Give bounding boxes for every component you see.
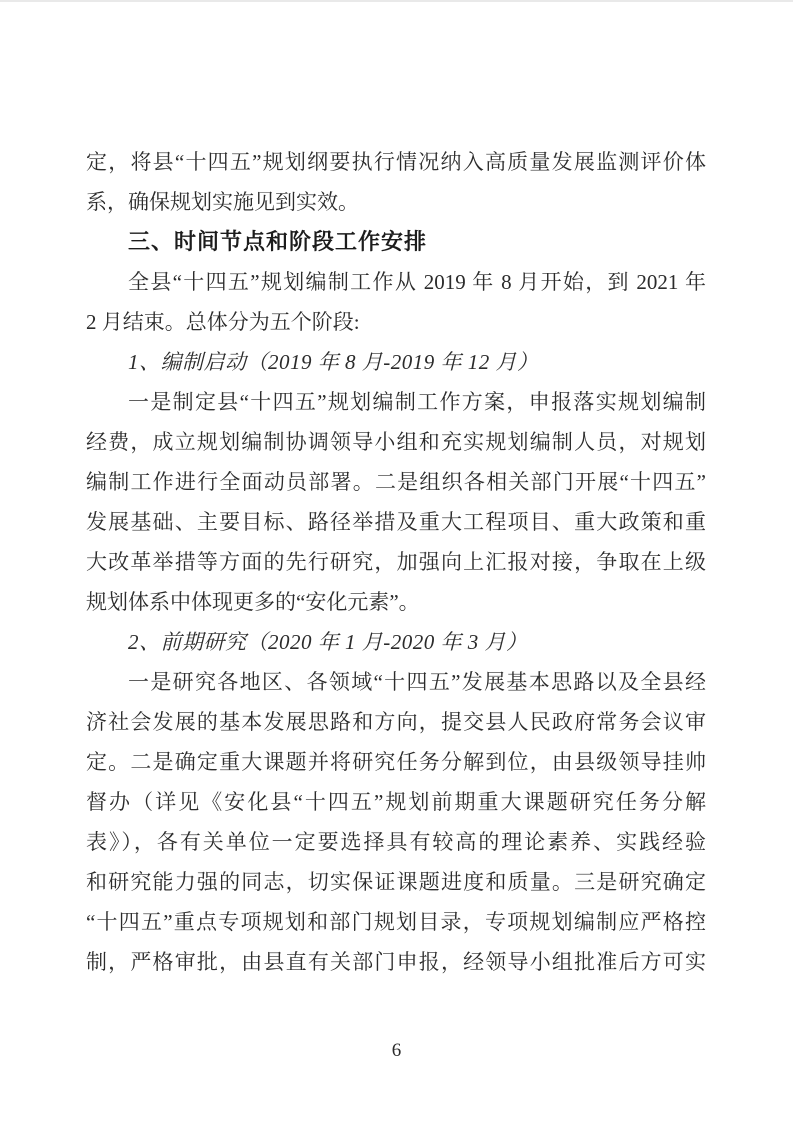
document-page: 定，将县“十四五”规划纲要执行情况纳入高质量发展监测评价体系，确保规划实施见到实… (0, 0, 793, 1121)
text-line: 系，确保规划实施见到实效。 (86, 182, 706, 222)
text-line: 发展基础、主要目标、路径举措及重大工程项目、重大政策和重 (86, 502, 706, 542)
text-line: 督办（详见《安化县“十四五”规划前期重大课题研究任务分解 (86, 782, 706, 822)
text-line: 表》），各有关单位一定要选择具有较高的理论素养、实践经验 (86, 822, 706, 862)
text-line: 一是研究各地区、各领域“十四五”发展基本思路以及全县经 (86, 662, 706, 702)
text-line: 定，将县“十四五”规划纲要执行情况纳入高质量发展监测评价体 (86, 142, 706, 182)
text-line: 2 月结束。总体分为五个阶段: (86, 302, 706, 342)
section-heading: 三、时间节点和阶段工作安排 (86, 222, 706, 262)
text-line: 济社会发展的基本发展思路和方向，提交县人民政府常务会议审 (86, 702, 706, 742)
text-block: 定，将县“十四五”规划纲要执行情况纳入高质量发展监测评价体系，确保规划实施见到实… (86, 142, 706, 982)
text-line: 全县“十四五”规划编制工作从 2019 年 8 月开始，到 2021 年 (86, 262, 706, 302)
text-line: 一是制定县“十四五”规划编制工作方案，申报落实规划编制 (86, 382, 706, 422)
text-line: 定。二是确定重大课题并将研究任务分解到位，由县级领导挂帅 (86, 742, 706, 782)
text-line: 制，严格审批，由县直有关部门申报，经领导小组批准后方可实 (86, 942, 706, 982)
text-line: “十四五”重点专项规划和部门规划目录，专项规划编制应严格控 (86, 902, 706, 942)
text-line: 和研究能力强的同志，切实保证课题进度和质量。三是研究确定 (86, 862, 706, 902)
text-line: 编制工作进行全面动员部署。二是组织各相关部门开展“十四五” (86, 462, 706, 502)
page-number: 6 (0, 1036, 793, 1066)
text-line: 规划体系中体现更多的“安化元素”。 (86, 582, 706, 622)
text-line: 大改革举措等方面的先行研究，加强向上汇报对接，争取在上级 (86, 542, 706, 582)
text-line: 1、编制启动（2019 年 8 月-2019 年 12 月） (86, 342, 706, 382)
text-line: 经费，成立规划编制协调领导小组和充实规划编制人员，对规划 (86, 422, 706, 462)
text-line: 2、前期研究（2020 年 1 月-2020 年 3 月） (86, 622, 706, 662)
